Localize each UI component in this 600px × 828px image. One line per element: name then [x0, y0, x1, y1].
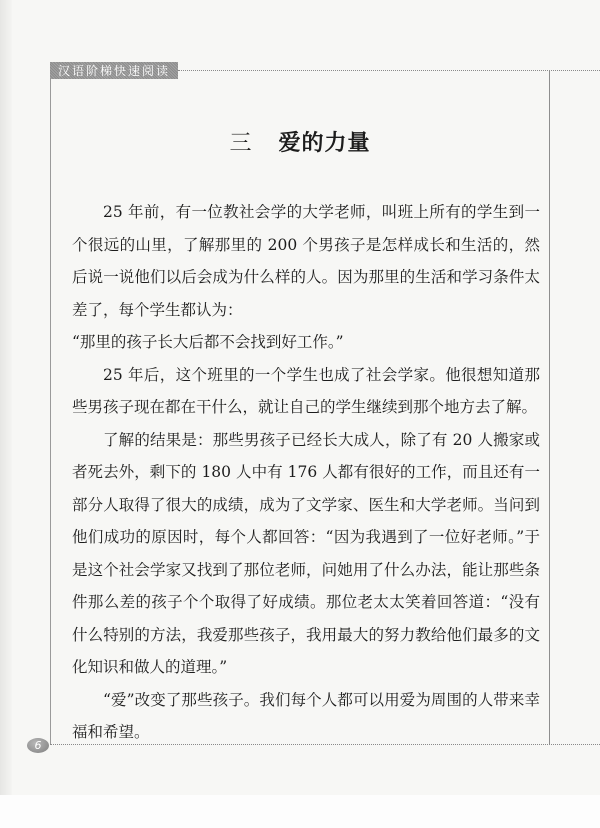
- page-edge-shadow: [0, 0, 12, 828]
- paragraph: 了解的结果是：那些男孩子已经长大成人，除了有 20 人搬家或者死去外，剩下的 1…: [72, 424, 540, 684]
- lesson-title: 三爱的力量: [0, 126, 600, 157]
- series-header-tab: 汉语阶梯快速阅读: [50, 62, 178, 79]
- page-number-badge: 6: [27, 738, 49, 753]
- paragraph: 25 年前，有一位教社会学的大学老师，叫班上所有的学生到一个很远的山里，了解那里…: [72, 196, 540, 326]
- lesson-title-text: 爱的力量: [279, 130, 371, 156]
- frame-right-rule: [549, 70, 550, 745]
- page-bottom-margin: [0, 795, 600, 828]
- series-title: 汉语阶梯快速阅读: [58, 62, 170, 79]
- lesson-number: 三: [229, 131, 252, 156]
- frame-left-rule: [50, 79, 51, 745]
- frame-top-rule: [178, 70, 600, 71]
- paragraph: 25 年后，这个班里的一个学生也成了社会学家。他很想知道那些男孩子现在都在干什么…: [72, 359, 540, 424]
- paragraph: “爱”改变了那些孩子。我们每个人都可以用爱为周围的人带来幸福和希望。: [72, 684, 540, 749]
- paragraph: “那里的孩子长大后都不会找到好工作。”: [72, 326, 540, 359]
- page-number: 6: [35, 739, 42, 752]
- article-body: 25 年前，有一位教社会学的大学老师，叫班上所有的学生到一个很远的山里，了解那里…: [72, 196, 540, 749]
